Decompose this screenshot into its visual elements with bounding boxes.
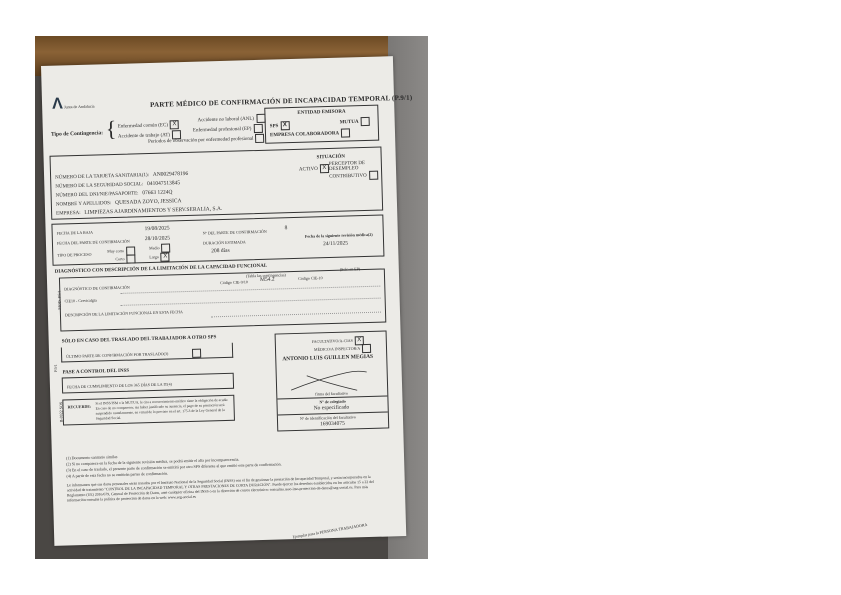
baja-label: FECHA DE LA BAJA xyxy=(57,230,93,236)
proceso-label: TIPO DE PROCESO xyxy=(57,252,91,258)
limitacion-label: DESCRIPCIÓN DE LA LIMITACIÓN FUNCIONAL E… xyxy=(65,309,183,317)
medical-form-paper: Λ Junta de Andalucía PARTE MÉDICO DE CON… xyxy=(41,56,406,546)
recuerde-label: RECUERDE: xyxy=(67,404,91,410)
traslado-box: SÓLO EN CASO DEL TRASLADO DEL TRABAJADOR… xyxy=(61,343,233,363)
firma-label: firma del facultativo xyxy=(315,391,348,397)
identificacion-label: Nº de identificación del facultativo xyxy=(300,414,356,421)
recuerde-box: RECUERDE: Si el INSS/ISM o la MUTUA, le … xyxy=(62,395,235,426)
trabajador-box: NÚMERO DE LA TARJETA SANITARIA(1): AN002… xyxy=(50,147,384,220)
diagnostico-box: DIAGNÓSTICO DE CONFIRMACIÓN (Tabla las c… xyxy=(59,268,386,331)
entidad-mutua[interactable]: MUTUA xyxy=(340,117,370,127)
nombre-row: NOMBRE Y APELLIDOS: QUESADA ZOYO, JESSIC… xyxy=(56,198,182,208)
diagnostico-confirmacion-label: DIAGNÓSTICO DE CONFIRMACIÓN xyxy=(64,285,130,292)
cie10-note: (Solo en EP) xyxy=(340,266,361,272)
side-code-1: MOD. P.9/1 xyxy=(56,290,62,309)
colegiado-label: Nº de colegiado xyxy=(319,399,345,405)
facultativo-box: FACULTATIVO/A-CIASX MÉDICO/A INSPECTOR/A… xyxy=(275,330,390,431)
proteccion-datos-text: Le informamos que sus datos personales s… xyxy=(67,475,385,504)
contingencia-anl[interactable]: Accidente no laboral (ANL) xyxy=(197,114,265,125)
contingencia-label: Tipo de Contingencia: xyxy=(51,130,103,137)
empresa-row: EMPRESA: LIMPIEZAS AJARDINAMIENTOS Y SER… xyxy=(56,206,222,217)
inss-fecha-label: FECHA DE CUMPLIMIENTO DE LOS 365 DÍAS DE… xyxy=(67,381,172,389)
baja-value: 19/08/2025 xyxy=(145,225,170,232)
facultativo-nombre: ANTONIO LUIS GUILLEN MEGIAS xyxy=(282,354,373,363)
side-code-2: P.9/1 xyxy=(53,364,58,372)
contingencia-ec[interactable]: Enfermedad común (EC)X xyxy=(118,120,179,131)
confirmacion-value: 28/10/2025 xyxy=(145,235,170,242)
inss-box: PASE A CONTROL DEL INSS FECHA DE CUMPLIM… xyxy=(62,373,234,394)
situacion-activo[interactable]: ACTIVOX xyxy=(299,164,329,174)
recuerde-text: Si el INSS/ISM o la MUTUA, le cita a rec… xyxy=(95,398,230,422)
duracion-value: 208 días xyxy=(211,248,230,255)
num-parte-label: Nº DEL PARTE DE CONFIRMACIÓN xyxy=(203,229,267,236)
nss-row: NÚMERO DE LA SEGURIDAD SOCIAL: 041047513… xyxy=(55,180,180,189)
num-parte-value: 8 xyxy=(285,225,288,231)
entidad-heading: ENTIDAD EMISORA xyxy=(297,110,345,116)
logo-text: Junta de Andalucía xyxy=(64,104,95,110)
confirmacion-label: FECHA DEL PARTE DE CONFIRMACIÓN xyxy=(57,239,130,246)
entidad-empresa-colaboradora[interactable]: EMPRESA COLABORADORA xyxy=(270,128,350,139)
logo-a-icon: Λ xyxy=(52,95,63,112)
colegiado-value: No especificado xyxy=(314,405,350,412)
situacion-perceptor[interactable]: PERCEPTOR DE DESEMPLEO CONTRIBUTIVO xyxy=(329,161,380,181)
traslado-ultimo[interactable]: ÚLTIMO PARTE DE CONFIRMACIÓN POR TRASLAD… xyxy=(66,349,201,362)
contingencia-observacion[interactable]: Periodos de observación por enfermedad p… xyxy=(148,134,265,146)
siguiente-label: Fecha de la siguiente revisión médica(2) xyxy=(305,232,373,239)
cie9-value: M54.2 xyxy=(260,277,275,283)
proceso-largo[interactable]: LargoX xyxy=(149,252,170,262)
situacion-heading: SITUACIÓN xyxy=(317,155,345,161)
duracion-label: DURACIÓN ESTIMADA xyxy=(203,239,246,245)
proceso-corto[interactable]: Corto xyxy=(115,254,135,264)
junta-logo: Λ Junta de Andalucía xyxy=(52,95,95,114)
medico-inspector[interactable]: MÉDICO/A INSPECTOR/A xyxy=(314,344,371,355)
inss-heading: PASE A CONTROL DEL INSS xyxy=(63,369,130,376)
cie10-label: Código CIE-10 xyxy=(298,275,323,281)
cie10-text: CIE10 - Cervicalgia xyxy=(64,298,96,304)
traslado-heading: SÓLO EN CASO DEL TRASLADO DEL TRABAJADOR… xyxy=(62,335,217,344)
identificacion-value: 169034075 xyxy=(320,421,345,428)
cie9-label: Código CIE-9/10 xyxy=(220,279,248,285)
fechas-box: FECHA DE LA BAJA 19/08/2025 FECHA DEL PA… xyxy=(51,215,384,266)
siguiente-value: 24/11/2025 xyxy=(323,241,348,248)
document-photo: Λ Junta de Andalucía PARTE MÉDICO DE CON… xyxy=(35,36,428,559)
dni-row: NÚMERO DEL DNI/NIE/PASAPORTE: 07663 1224… xyxy=(56,189,173,198)
ejemplar-label: Ejemplar para la PERSONA TRABAJADORA xyxy=(292,522,367,540)
brace-icon: { xyxy=(105,116,116,142)
side-code-3: B-0022 SOS xyxy=(58,402,64,422)
entidad-emisora-box: ENTIDAD EMISORA SPSX MUTUA EMPRESA COLAB… xyxy=(264,105,379,144)
tarjeta-row: NÚMERO DE LA TARJETA SANITARIA(1): AN002… xyxy=(55,171,188,181)
